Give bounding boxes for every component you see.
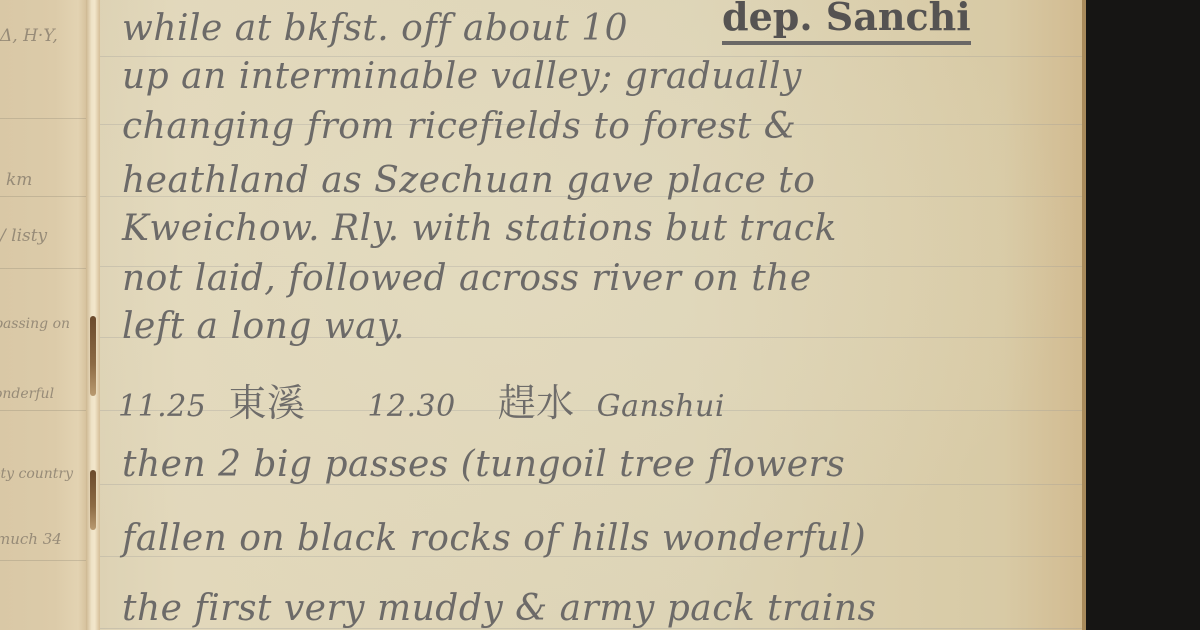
ruled-line [0, 118, 92, 119]
diary-line: Kweichow. Rly. with stations but track [122, 208, 837, 249]
diary-line: fallen on black rocks of hills wonderful… [122, 518, 866, 559]
diary-line: up an interminable valley; gradually [122, 56, 802, 97]
time-entry: 11.25 [118, 389, 206, 424]
diary-line: the first very muddy & army pack trains [122, 588, 876, 629]
diary-line: not laid, followed across river on the [122, 258, 812, 299]
place-name-cjk: 趕水 [498, 372, 575, 427]
margin-note: wonderful [0, 386, 54, 402]
departure-heading: dep. Sanchi [722, 0, 971, 45]
ruled-line [0, 410, 92, 411]
diary-line: then 2 big passes (tungoil tree flowers [122, 444, 845, 485]
ruled-line [0, 560, 92, 561]
diary-line: while at bkfst. off about 10 [122, 8, 628, 49]
ruled-line [0, 268, 92, 269]
binding-stitch [90, 316, 96, 396]
dark-background [1086, 0, 1200, 630]
place-name-roman: Ganshui [597, 389, 725, 424]
margin-note: empty country [0, 466, 73, 482]
diary-line: left a long way. [122, 306, 405, 347]
diary-line: changing from ricefields to forest & [122, 106, 796, 147]
margin-note: passing on [0, 316, 70, 332]
margin-note: Δ, H·Y, [0, 26, 58, 46]
previous-page-edge: Δ, H·Y, km / listy passing on wonderful … [0, 0, 92, 630]
binding-stitch [90, 470, 96, 530]
margin-note: km [6, 170, 32, 190]
place-name-cjk: 東溪 [228, 372, 305, 427]
diary-line: heathland as Szechuan gave place to [122, 160, 815, 201]
diary-line-times: 11.25 東溪 12.30 趕水 Ganshui [118, 372, 725, 427]
diary-page: dep. Sanchi while at bkfst. off about 10… [100, 0, 1082, 630]
ruled-line [0, 196, 92, 197]
margin-note: / listy [0, 226, 47, 246]
time-entry: 12.30 [367, 389, 455, 424]
margin-note: much 34 [0, 530, 62, 548]
